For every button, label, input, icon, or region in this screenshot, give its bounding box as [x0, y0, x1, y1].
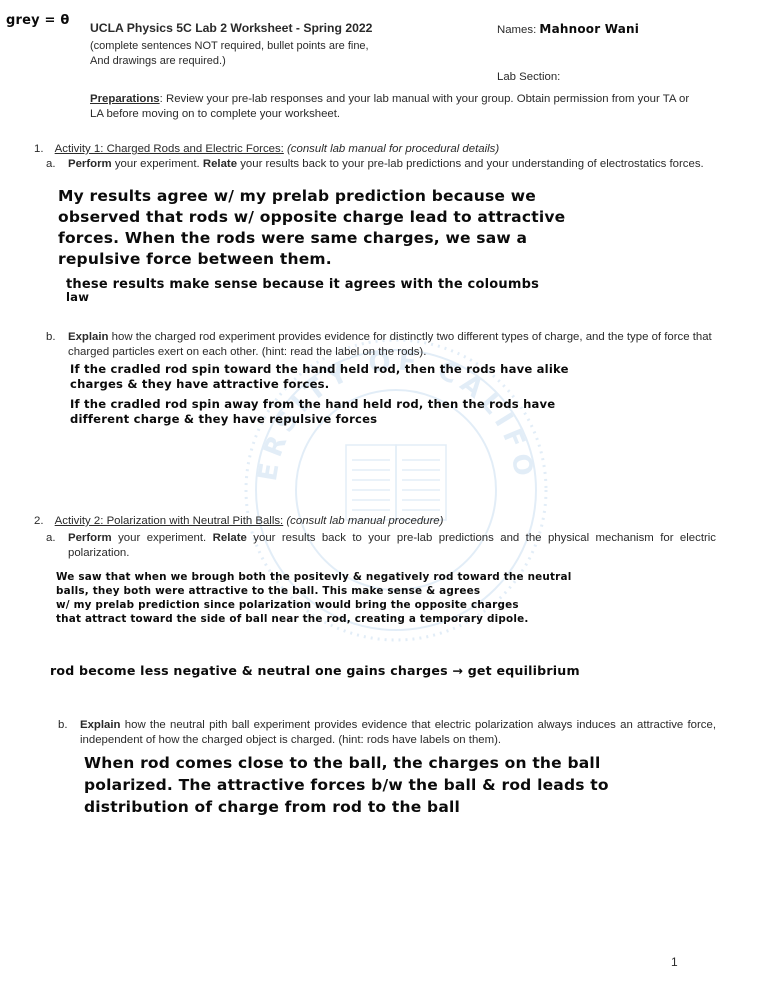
names-value: Mahnoor Wani [539, 22, 639, 36]
activity-2-title: Activity 2: Polarization with Neutral Pi… [55, 515, 284, 527]
answer-2a[interactable]: We saw that when we brough both the posi… [56, 570, 726, 680]
question-2a-letter: a. [46, 531, 56, 546]
worksheet-subtitle-line2: And drawings are required.) [90, 54, 226, 69]
answer-line: observed that rods w/ opposite charge le… [58, 207, 698, 228]
prompt-text: how the charged rod experiment provides … [68, 331, 712, 358]
question-1a-letter: a. [46, 157, 56, 172]
prompt-verb: Relate [213, 532, 247, 544]
activity-1-number: 1. [34, 143, 44, 155]
activity-2-note: (consult lab manual procedure) [286, 515, 443, 527]
prompt-verb: Relate [203, 158, 237, 170]
prompt-text: your experiment. [112, 532, 213, 544]
answer-line: different charge & they have repulsive f… [70, 412, 720, 427]
answer-line: polarized. The attractive forces b/w the… [84, 774, 744, 796]
answer-line: balls, they both were attractive to the … [56, 584, 726, 598]
answer-1b[interactable]: If the cradled rod spin toward the hand … [70, 362, 720, 426]
names-label: Names: [497, 24, 536, 36]
lab-section-field[interactable]: Lab Section: [497, 70, 560, 85]
answer-line: My results agree w/ my prelab prediction… [58, 186, 698, 207]
question-2b-prompt: Explain how the neutral pith ball experi… [80, 718, 716, 748]
answer-line: If the cradled rod spin toward the hand … [70, 362, 720, 377]
page-number: 1 [671, 955, 678, 970]
prompt-text: how the neutral pith ball experiment pro… [80, 719, 716, 746]
prompt-verb: Perform [68, 532, 112, 544]
question-1a-prompt: Perform your experiment. Relate your res… [68, 157, 716, 172]
prompt-verb: Explain [80, 719, 121, 731]
activity-1-title: Activity 1: Charged Rods and Electric Fo… [55, 143, 284, 155]
prompt-text: your results back to your pre-lab predic… [237, 158, 704, 170]
answer-line: distribution of charge from rod to the b… [84, 796, 744, 818]
prompt-verb: Explain [68, 331, 109, 343]
answer-line: charges & they have attractive forces. [70, 377, 720, 392]
answer-line: w/ my prelab prediction since polarizati… [56, 598, 726, 612]
answer-line: rod become less negative & neutral one g… [50, 662, 726, 680]
activity-2-number: 2. [34, 515, 44, 527]
prompt-text: your experiment. [112, 158, 203, 170]
answer-1a[interactable]: My results agree w/ my prelab prediction… [58, 186, 698, 305]
answer-2b[interactable]: When rod comes close to the ball, the ch… [84, 752, 744, 818]
preparations-paragraph: Preparations: Review your pre-lab respon… [90, 92, 700, 122]
preparations-label: Preparations [90, 93, 160, 105]
question-2b-letter: b. [58, 718, 68, 733]
prompt-verb: Perform [68, 158, 112, 170]
question-1b-prompt: Explain how the charged rod experiment p… [68, 330, 718, 360]
question-1b-letter: b. [46, 330, 56, 345]
answer-line: repulsive force between them. [58, 249, 698, 270]
answer-line: If the cradled rod spin away from the ha… [70, 397, 720, 412]
answer-line: When rod comes close to the ball, the ch… [84, 752, 744, 774]
preparations-text: : Review your pre-lab responses and your… [90, 93, 689, 120]
worksheet-subtitle-line1: (complete sentences NOT required, bullet… [90, 39, 369, 54]
activity-2-heading: 2. Activity 2: Polarization with Neutral… [34, 514, 734, 529]
answer-line: that attract toward the side of ball nea… [56, 612, 726, 626]
worksheet-title: UCLA Physics 5C Lab 2 Worksheet - Spring… [90, 21, 372, 36]
answer-line: We saw that when we brough both the posi… [56, 570, 726, 584]
question-2a-prompt: Perform your experiment. Relate your res… [68, 531, 716, 561]
activity-1-heading: 1. Activity 1: Charged Rods and Electric… [34, 142, 734, 157]
corner-handwritten-note: grey = θ [6, 12, 69, 29]
names-field[interactable]: Names: Mahnoor Wani [497, 22, 639, 38]
lab-section-label: Lab Section: [497, 71, 560, 83]
answer-line: forces. When the rods were same charges,… [58, 228, 698, 249]
activity-1-note: (consult lab manual for procedural detai… [287, 143, 499, 155]
